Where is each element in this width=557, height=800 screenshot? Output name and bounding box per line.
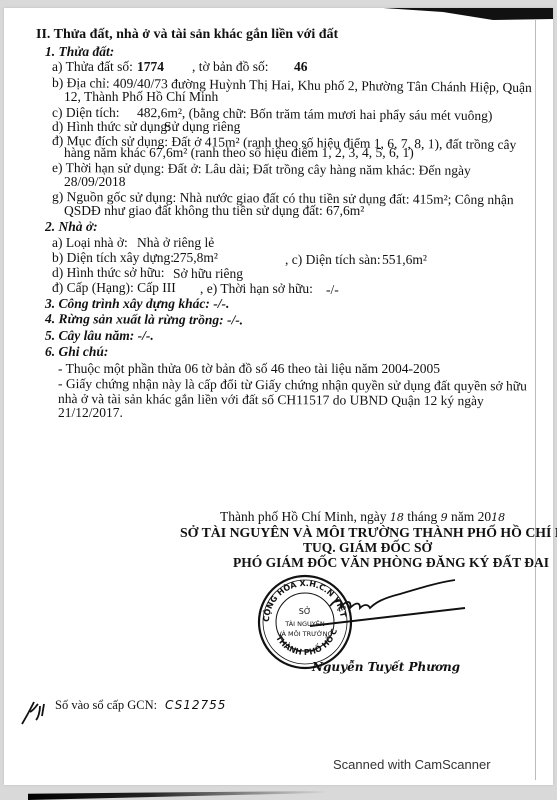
next-page-edge xyxy=(28,791,328,800)
build-area-label: b) Diện tích xây dựng: xyxy=(52,250,174,265)
perennial-trees: 5. Cây lâu năm: -/-. xyxy=(45,328,154,343)
date-year: 18 xyxy=(491,511,505,524)
page-curl-shadow xyxy=(383,8,553,20)
floor-area-value: 551,6m² xyxy=(382,252,427,267)
signer-name: Nguyễn Tuyết Phương xyxy=(312,660,460,675)
land-heading: 1. Thửa đất: xyxy=(45,44,114,59)
page-edge-line xyxy=(535,20,536,780)
initials-icon xyxy=(18,696,53,726)
house-type-label: a) Loại nhà ở: xyxy=(52,235,128,250)
section-title: II. Thửa đất, nhà ở và tài sản khác gắn … xyxy=(36,27,338,42)
agency-name: SỞ TÀI NGUYÊN VÀ MÔI TRƯỜNG THÀNH PHỐ HỒ… xyxy=(180,525,557,540)
year-label: năm 20 xyxy=(451,509,491,524)
parcel-number: 1774 xyxy=(137,59,164,74)
registry-number: CS12755 xyxy=(165,698,226,713)
map-label: , tờ bản đồ số: xyxy=(192,59,269,74)
signature-date: Thành phố Hồ Chí Minh, ngày 18 tháng 9 n… xyxy=(220,509,505,525)
ownership-value: Sở hữu riêng xyxy=(173,266,243,281)
use-form-value: Sử dụng riêng xyxy=(164,119,240,134)
ownership-label: d) Hình thức sở hữu: xyxy=(52,265,165,280)
address-line-2: 12, Thành Phố Hồ Chí Minh xyxy=(64,89,218,104)
ownership-term-label: , e) Thời hạn sở hữu: xyxy=(200,281,313,296)
floor-area-label: , c) Diện tích sàn: xyxy=(285,252,381,267)
registry-label: Số vào sổ cấp GCN: xyxy=(55,698,157,713)
forest: 4. Rừng sản xuất là rừng trồng: -/-. xyxy=(45,311,243,327)
month-label: tháng xyxy=(407,509,437,524)
house-heading: 2. Nhà ở: xyxy=(45,219,98,234)
build-area-value: 275,8m² xyxy=(173,250,218,265)
date-prefix: Thành phố Hồ Chí Minh, ngày xyxy=(220,509,387,524)
on-behalf: TUQ. GIÁM ĐỐC SỞ xyxy=(180,540,555,555)
origin-line-2: QSDĐ như giao đất không thu tiền sử dụng… xyxy=(64,203,364,218)
grade-label: đ) Cấp (Hạng): Cấp III xyxy=(52,280,176,295)
notes-heading: 6. Ghi chú: xyxy=(45,344,108,359)
date-month: 9 xyxy=(441,511,448,524)
area-label: c) Diện tích: xyxy=(52,105,119,120)
note-line-4: 21/12/2017. xyxy=(58,405,123,420)
handwritten-signature-icon xyxy=(300,578,470,633)
map-number: 46 xyxy=(294,59,308,74)
camscanner-watermark: Scanned with CamScanner xyxy=(333,757,491,772)
use-form-label: d) Hình thức sử dụng: xyxy=(52,119,171,134)
term-line-2: 28/09/2018 xyxy=(64,174,126,189)
ownership-term-value: -/- xyxy=(326,282,339,297)
parcel-label: a) Thửa đất số: xyxy=(52,59,133,74)
purpose-line-2: hàng năm khác 67,6m² (ranh theo số hiệu … xyxy=(64,145,414,160)
signer-position: PHÓ GIÁM ĐỐC VĂN PHÒNG ĐĂNG KÝ ĐẤT ĐAI xyxy=(233,555,549,570)
other-construction: 3. Công trình xây dựng khác: -/-. xyxy=(45,296,229,311)
note-line-1: - Thuộc một phần thửa 06 tờ bản đồ số 46… xyxy=(58,361,440,376)
date-day: 18 xyxy=(390,511,404,524)
house-type-value: Nhà ở riêng lẻ xyxy=(137,235,214,250)
